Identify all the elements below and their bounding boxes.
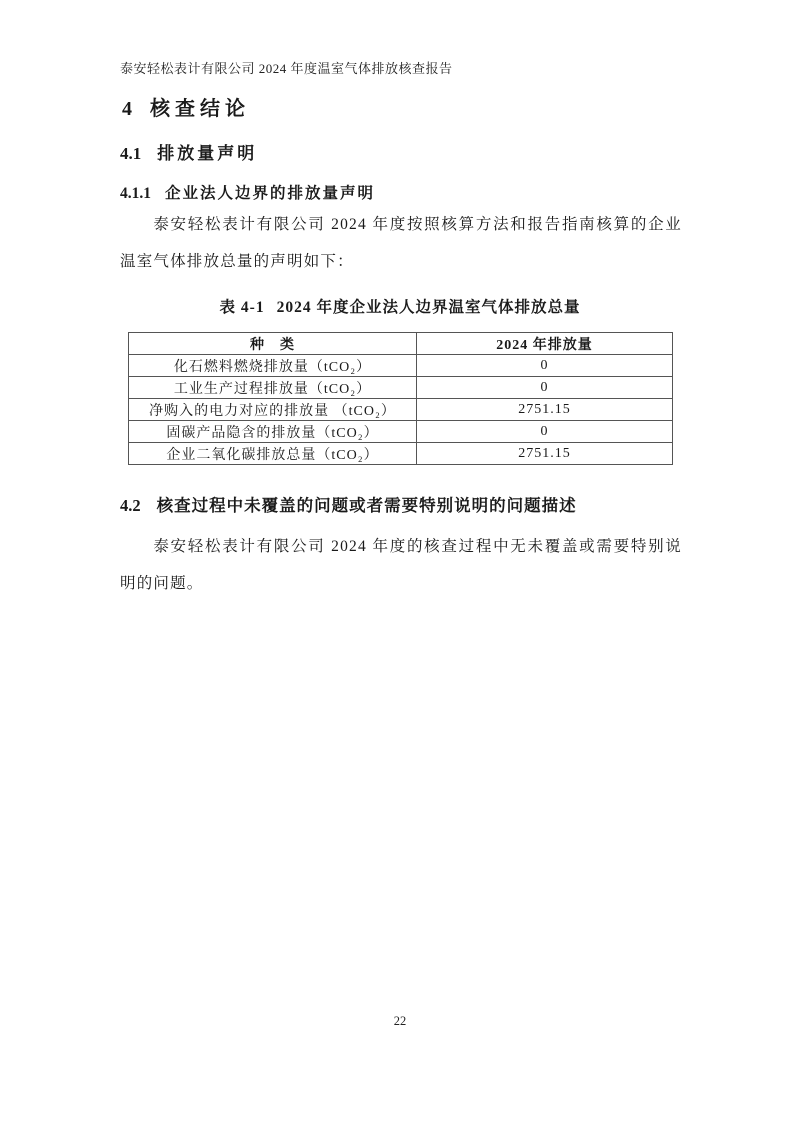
page-number: 22 bbox=[0, 1014, 800, 1029]
table-row: 企业二氧化碳排放总量（tCO₂） 2751.15 bbox=[129, 443, 673, 465]
running-header: 泰安轻松表计有限公司 2024 年度温室气体排放核查报告 bbox=[120, 58, 680, 77]
section-title: 企业法人边界的排放量声明 bbox=[165, 185, 375, 202]
table-cell-category: 固碳产品隐含的排放量（tCO₂） bbox=[129, 421, 417, 443]
section-heading-4-2: 4.2核查过程中未覆盖的问题或者需要特别说明的问题描述 bbox=[120, 492, 577, 516]
table-header-category: 种 类 bbox=[129, 333, 417, 355]
table-cell-category: 净购入的电力对应的排放量 （tCO₂） bbox=[129, 399, 417, 421]
table-caption-title: 2024 年度企业法人边界温室气体排放总量 bbox=[277, 299, 581, 316]
emissions-table: 种 类 2024 年排放量 化石燃料燃烧排放量（tCO₂） 0 工业生产过程排放… bbox=[128, 332, 673, 465]
table-header-row: 种 类 2024 年排放量 bbox=[129, 333, 673, 355]
paragraph-uncovered-issues: 泰安轻松表计有限公司 2024 年度的核查过程中无未覆盖或需要特别说明的问题。 bbox=[120, 528, 682, 602]
table-cell-category: 化石燃料燃烧排放量（tCO₂） bbox=[129, 355, 417, 377]
table-cell-value: 2751.15 bbox=[417, 443, 673, 465]
table-cell-value: 0 bbox=[417, 377, 673, 399]
table-row: 工业生产过程排放量（tCO₂） 0 bbox=[129, 377, 673, 399]
table-cell-category: 企业二氧化碳排放总量（tCO₂） bbox=[129, 443, 417, 465]
section-title: 核查结论 bbox=[150, 98, 250, 120]
table-caption: 表 4-12024 年度企业法人边界温室气体排放总量 bbox=[120, 295, 680, 317]
paragraph-emission-statement: 泰安轻松表计有限公司 2024 年度按照核算方法和报告指南核算的企业温室气体排放… bbox=[120, 206, 682, 280]
section-heading-4-1-1: 4.1.1企业法人边界的排放量声明 bbox=[120, 181, 375, 203]
section-title: 排放量声明 bbox=[157, 144, 257, 163]
table-cell-category: 工业生产过程排放量（tCO₂） bbox=[129, 377, 417, 399]
table-cell-value: 2751.15 bbox=[417, 399, 673, 421]
table-row: 化石燃料燃烧排放量（tCO₂） 0 bbox=[129, 355, 673, 377]
table-row: 固碳产品隐含的排放量（tCO₂） 0 bbox=[129, 421, 673, 443]
report-page: 泰安轻松表计有限公司 2024 年度温室气体排放核查报告 4核查结论 4.1排放… bbox=[0, 0, 800, 1132]
section-number: 4.1 bbox=[120, 144, 141, 163]
section-title: 核查过程中未覆盖的问题或者需要特别说明的问题描述 bbox=[157, 496, 577, 515]
table-header-value: 2024 年排放量 bbox=[417, 333, 673, 355]
table-cell-value: 0 bbox=[417, 355, 673, 377]
section-number: 4 bbox=[122, 98, 132, 120]
section-heading-4-1: 4.1排放量声明 bbox=[120, 139, 257, 164]
table-caption-label: 表 4-1 bbox=[220, 299, 265, 316]
section-number: 4.2 bbox=[120, 496, 141, 515]
table-row: 净购入的电力对应的排放量 （tCO₂） 2751.15 bbox=[129, 399, 673, 421]
table-cell-value: 0 bbox=[417, 421, 673, 443]
section-number: 4.1.1 bbox=[120, 185, 151, 202]
section-heading-4: 4核查结论 bbox=[122, 92, 250, 121]
